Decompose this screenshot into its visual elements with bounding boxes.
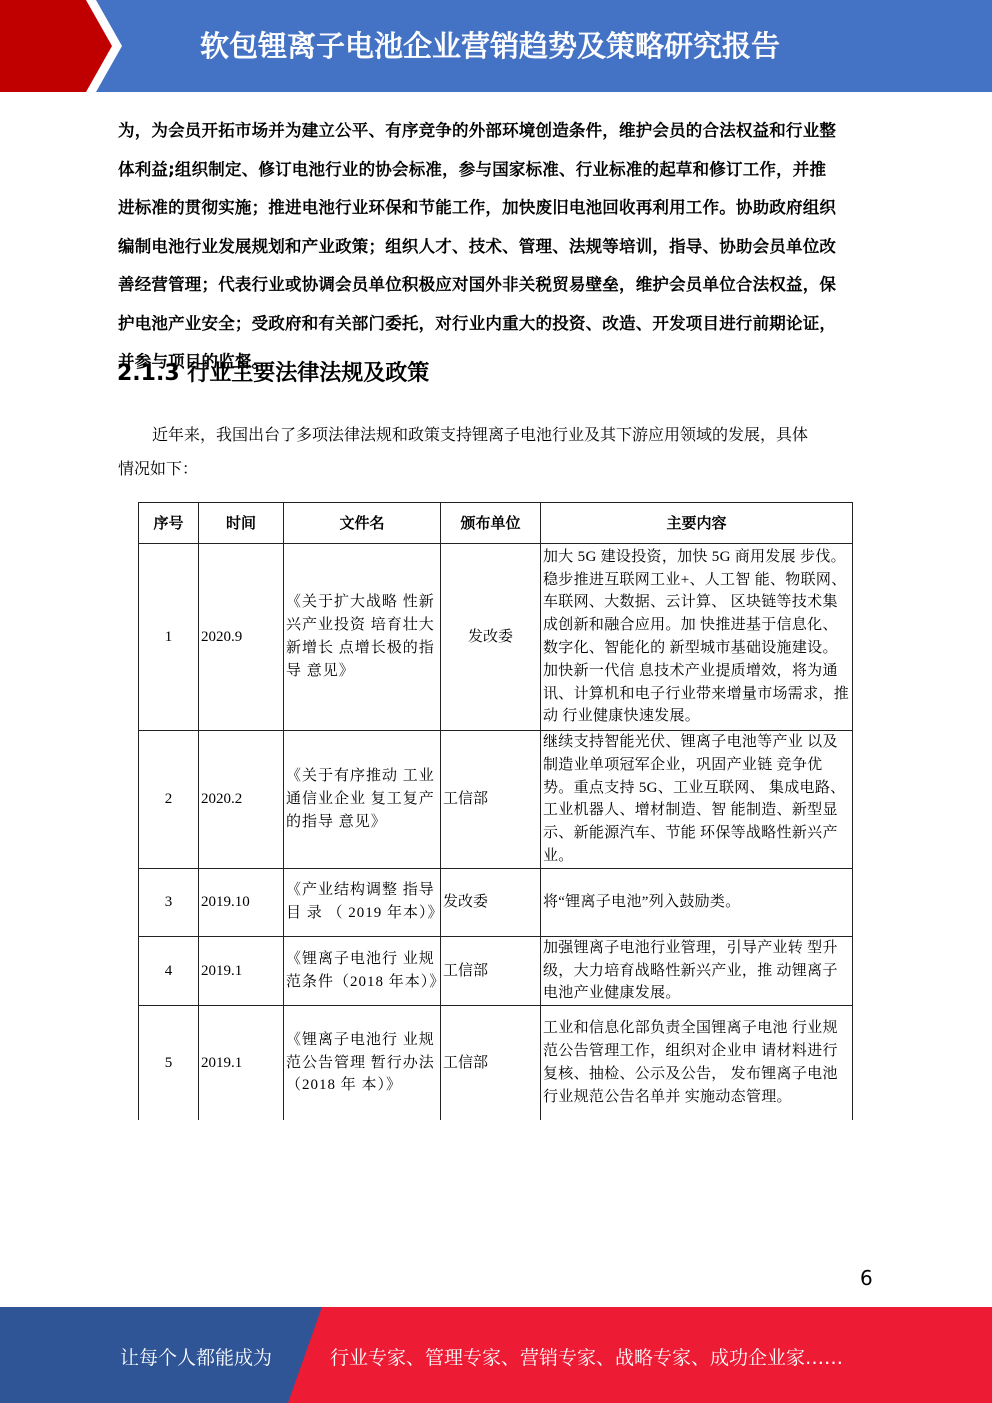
cell-main-content: 加强锂离子电池行业管理，引导产业转 型升级，大力培育战略性新兴产业，推 动锂离子… (541, 936, 853, 1005)
column-header-main-content: 主要内容 (541, 503, 853, 544)
section-heading: 2.1.3 行业主要法律法规及政策 (117, 356, 429, 392)
table-header-row: 序号 时间 文件名 颁布单位 主要内容 (139, 503, 853, 544)
paragraph-line: 编制电池行业发展规划和产业政策；组织人才、技术、管理、法规等培训，指导、协助会员… (118, 228, 878, 267)
table-row: 3 2019.10 《产业结构调整 指导 目 录 （ 2019 年本）》 发改委… (139, 868, 853, 936)
cell-document-name: 《关于有序推动 工业通信业企业 复工复产的指导 意见》 (284, 731, 441, 869)
cell-document-name: 《关于扩大战略 性新兴产业投资 培育壮大新增长 点增长极的指导 意见》 (284, 544, 441, 731)
table-row: 1 2020.9 《关于扩大战略 性新兴产业投资 培育壮大新增长 点增长极的指导… (139, 544, 853, 731)
cell-main-content: 继续支持智能光伏、锂离子电池等产业 以及制造业单项冠军企业，巩固产业链 竞争优势… (541, 731, 853, 869)
cell-number: 5 (139, 1006, 199, 1120)
cell-date: 2019.10 (199, 868, 284, 936)
paragraph-line: 进标准的贯彻实施；推进电池行业环保和节能工作，加快废旧电池回收再利用工作。协助政… (118, 189, 878, 228)
cell-issuing-authority: 工信部 (441, 936, 541, 1005)
cell-number: 2 (139, 731, 199, 869)
footer-banner: 让每个人都能成为 行业专家、管理专家、营销专家、战略专家、成功企业家…… (0, 1307, 992, 1403)
footer-slogan-left: 让每个人都能成为 (120, 1343, 272, 1370)
cell-document-name: 《锂离子电池行 业规范条件（2018 年本）》 (284, 936, 441, 1005)
column-header-issuing-authority: 颁布单位 (441, 503, 541, 544)
intro-line: 情况如下： (118, 452, 878, 486)
paragraph-line: 体利益;组织制定、修订电池行业的协会标准，参与国家标准、行业标准的起草和修订工作… (118, 151, 878, 190)
cell-main-content: 加大 5G 建设投资，加快 5G 商用发展 步伐。稳步推进互联网工业+、人工智 … (541, 544, 853, 731)
policy-table: 序号 时间 文件名 颁布单位 主要内容 1 2020.9 《关于扩大战略 性新兴… (138, 502, 853, 1120)
footer-slogan-right: 行业专家、管理专家、营销专家、战略专家、成功企业家…… (330, 1343, 843, 1370)
cell-number: 1 (139, 544, 199, 731)
intro-line: 近年来，我国出台了多项法律法规和政策支持锂离子电池行业及其下游应用领域的发展，具… (118, 418, 878, 452)
table-row: 2 2020.2 《关于有序推动 工业通信业企业 复工复产的指导 意见》 工信部… (139, 731, 853, 869)
cell-issuing-authority: 发改委 (441, 868, 541, 936)
column-header-number: 序号 (139, 503, 199, 544)
cell-number: 3 (139, 868, 199, 936)
page-number: 6 (860, 1266, 873, 1290)
association-description-paragraph: 为，为会员开拓市场并为建立公平、有序竞争的外部环境创造条件，维护会员的合法权益和… (118, 112, 878, 382)
cell-date: 2020.2 (199, 731, 284, 869)
paragraph-line: 护电池产业安全；受政府和有关部门委托，对行业内重大的投资、改造、开发项目进行前期… (118, 305, 878, 344)
report-title: 软包锂离子电池企业营销趋势及策略研究报告 (200, 22, 840, 70)
column-header-date: 时间 (199, 503, 284, 544)
cell-number: 4 (139, 936, 199, 1005)
report-header-banner: 软包锂离子电池企业营销趋势及策略研究报告 (0, 0, 992, 92)
cell-main-content: 工业和信息化部负责全国锂离子电池 行业规范公告管理工作，组织对企业申 请材料进行… (541, 1006, 853, 1120)
paragraph-line: 善经营管理；代表行业或协调会员单位积极应对国外非关税贸易壁垒，维护会员单位合法权… (118, 266, 878, 305)
cell-main-content: 将“锂离子电池”列入鼓励类。 (541, 868, 853, 936)
cell-document-name: 《产业结构调整 指导 目 录 （ 2019 年本）》 (284, 868, 441, 936)
cell-date: 2019.1 (199, 1006, 284, 1120)
cell-issuing-authority: 工信部 (441, 731, 541, 869)
cell-issuing-authority: 发改委 (441, 544, 541, 731)
table-row: 5 2019.1 《锂离子电池行 业规范公告管理 暂行办法（2018 年 本）》… (139, 1006, 853, 1120)
cell-date: 2019.1 (199, 936, 284, 1005)
cell-document-name: 《锂离子电池行 业规范公告管理 暂行办法（2018 年 本）》 (284, 1006, 441, 1120)
section-intro-paragraph: 近年来，我国出台了多项法律法规和政策支持锂离子电池行业及其下游应用领域的发展，具… (118, 418, 878, 486)
cell-date: 2020.9 (199, 544, 284, 731)
paragraph-line: 为，为会员开拓市场并为建立公平、有序竞争的外部环境创造条件，维护会员的合法权益和… (118, 112, 878, 151)
column-header-document-name: 文件名 (284, 503, 441, 544)
table-row: 4 2019.1 《锂离子电池行 业规范条件（2018 年本）》 工信部 加强锂… (139, 936, 853, 1005)
cell-issuing-authority: 工信部 (441, 1006, 541, 1120)
